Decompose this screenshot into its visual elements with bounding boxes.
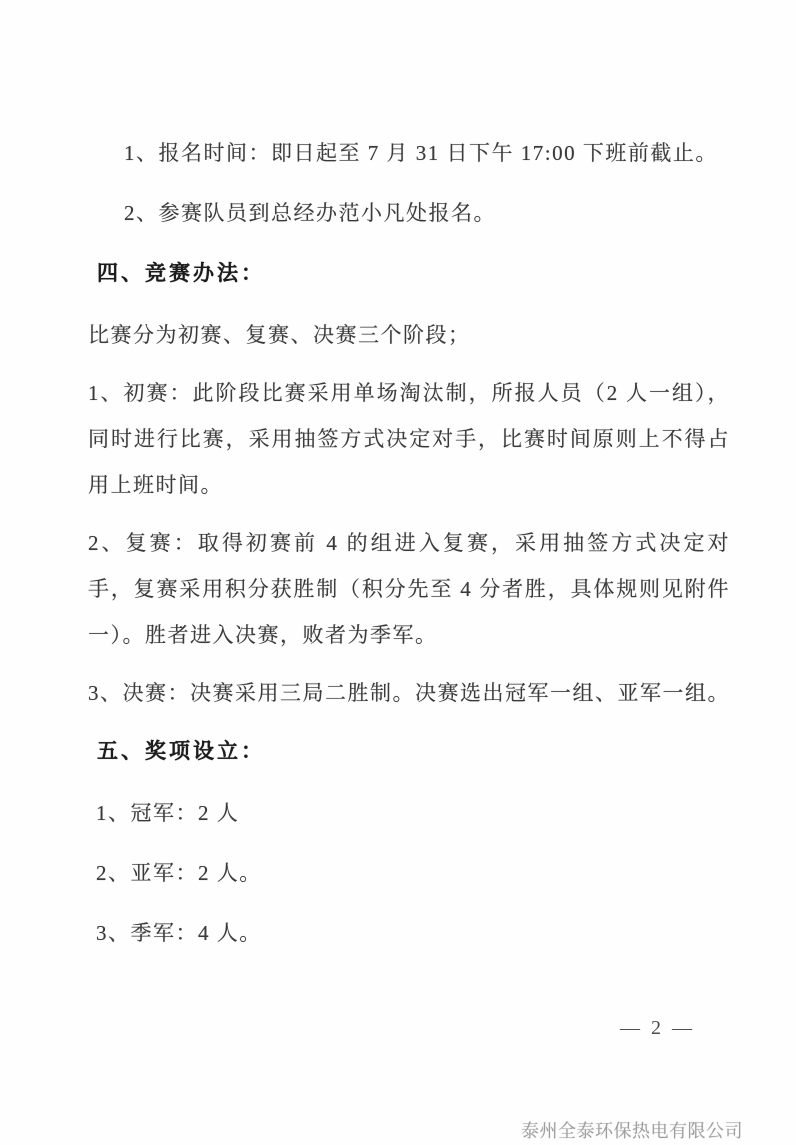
paragraph-final-round: 3、决赛：决赛采用三局二胜制。决赛选出冠军一组、亚军一组。 [88, 670, 730, 716]
section-heading-competition-method: 四、竞赛办法： [97, 250, 730, 296]
company-watermark: 泰州全泰环保热电有限公司 [521, 1118, 743, 1144]
award-item-third-place: 3、季军：4 人。 [96, 910, 730, 956]
paragraph-semifinal-round: 2、复赛：取得初赛前 4 的组进入复赛，采用抽签方式决定对手，复赛采用积分获胜制… [88, 520, 730, 658]
intro-item-2: 2、参赛队员到总经办范小凡处报名。 [124, 190, 730, 236]
intro-item-1: 1、报名时间：即日起至 7 月 31 日下午 17:00 下班前截止。 [124, 130, 730, 176]
award-item-runner-up: 2、亚军：2 人。 [96, 850, 730, 896]
document-page: 1、报名时间：即日起至 7 月 31 日下午 17:00 下班前截止。 2、参赛… [0, 0, 796, 1145]
paragraph-preliminary-round: 1、初赛：此阶段比赛采用单场淘汰制，所报人员（2 人一组），同时进行比赛，采用抽… [88, 370, 730, 508]
document-body: 1、报名时间：即日起至 7 月 31 日下午 17:00 下班前截止。 2、参赛… [88, 130, 730, 970]
award-item-champion: 1、冠军：2 人 [96, 790, 730, 836]
paragraph-stages-overview: 比赛分为初赛、复赛、决赛三个阶段； [88, 312, 730, 358]
section-heading-awards: 五、奖项设立： [97, 728, 730, 774]
page-number: — 2 — [620, 1012, 695, 1044]
